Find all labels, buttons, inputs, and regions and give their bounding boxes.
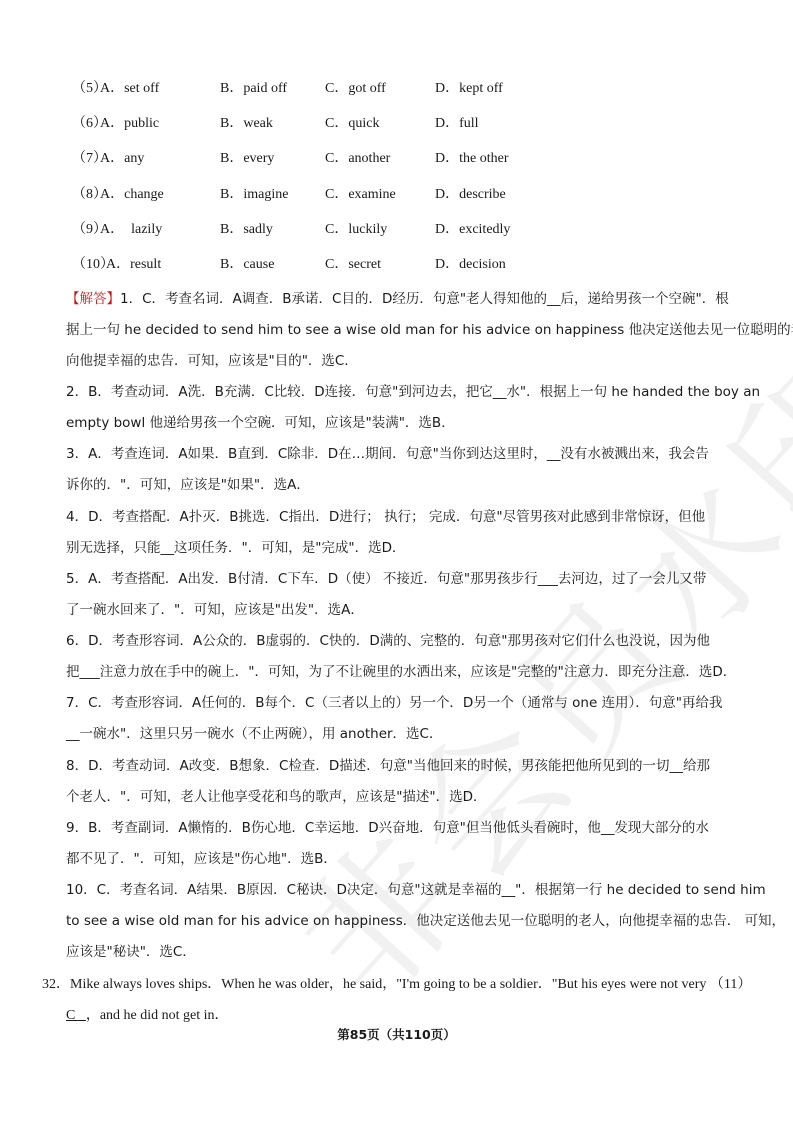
option-d: D．the other — [435, 149, 508, 169]
option-a: A．change — [100, 185, 164, 205]
answer-line: 别无选择，只能__这项任务．"．可知，是"完成"．选D． — [66, 538, 746, 558]
answer-line: 6．D．考查形容词．A公众的．B虚弱的．C快的．D满的、完整的．句意"那男孩对它… — [66, 631, 746, 651]
answer-line: 了一碗水回来了．"．可知，应该是"出发"．选A． — [66, 600, 746, 620]
answer-line: 8．D．考查动词．A改变．B想象．C检查．D描述．句意"当他回来的时候，男孩能把… — [66, 756, 746, 776]
option-a: A．set off — [100, 79, 159, 99]
option-b: B．imagine — [220, 185, 288, 205]
option-d: D．full — [435, 114, 479, 134]
answer-line: __一碗水"．这里只另一碗水（不止两碗），用 another．选C． — [66, 724, 746, 744]
option-b: B．every — [220, 149, 274, 169]
answer-line: 10．C．考查名词．A结果．B原因．C秘诀．D决定．句意"这就是幸福的__"．根… — [66, 880, 746, 900]
page-footer: 第85页（共110页） — [0, 1025, 793, 1043]
answer-line: 向他提幸福的忠告．可知，应该是"目的"．选C． — [66, 351, 746, 371]
option-a: A．result — [106, 255, 161, 275]
answer-label: 【解答】 — [66, 291, 120, 307]
answer-line: 都不见了．"．可知，应该是"伤心地"．选B． — [66, 849, 746, 869]
option-d: D．decision — [435, 255, 506, 275]
question-32-line-2: C ，and he did not get in． — [66, 1006, 746, 1026]
option-a: A． lazily — [100, 220, 162, 240]
option-b: B．cause — [220, 255, 274, 275]
option-b: B．paid off — [220, 79, 287, 99]
option-c: C．got off — [325, 79, 386, 99]
answer-line: 诉你的．"．可知，应该是"如果"．选A． — [66, 475, 746, 495]
answer-line: to see a wise old man for his advice on … — [66, 911, 746, 931]
answer-line: 7．C．考查形容词．A任何的．B每个．C（三者以上的）另一个．D另一个（通常与 … — [66, 693, 746, 713]
answer-blank: C — [66, 1008, 86, 1023]
answer-line: 应该是"秘诀"．选C． — [66, 942, 746, 962]
answer-line: 5．A．考查搭配．A出发．B付清．C下车．D（使） 不接近．句意"那男孩步行__… — [66, 569, 746, 589]
answer-line: 把___注意力放在手中的碗上．"．可知，为了不让碗里的水洒出来，应该是"完整的"… — [66, 662, 746, 682]
answer-line: empty bowl 他递给男孩一个空碗．可知，应该是"装满"．选B． — [66, 413, 746, 433]
answer-line: 个老人．"．可知，老人让他享受花和鸟的歌声，应该是"描述"．选D． — [66, 787, 746, 807]
question-32-line: 32．Mike always loves ships．When he was o… — [42, 975, 762, 995]
answer-line: 2．B．考查动词．A洗．B充满．C比较．D连接．句意"到河边去，把它__水"．根… — [66, 382, 746, 402]
answer-line: 4．D．考查搭配．A扑灭．B挑选．C指出．D进行； 执行； 完成．句意"尽管男孩… — [66, 507, 746, 527]
option-c: C．examine — [325, 185, 396, 205]
option-c: C．luckily — [325, 220, 387, 240]
answer-line: 3．A．考查连词．A如果．B直到．C除非．D在…期间．句意"当你到达这里时，__… — [66, 444, 746, 464]
option-c: C．quick — [325, 114, 379, 134]
option-d: D．describe — [435, 185, 506, 205]
option-c: C．another — [325, 149, 390, 169]
document-page: 非会员水印 （5） A．set off B．paid off C．got off… — [0, 0, 793, 1122]
answer-line: 【解答】1．C．考查名词．A调查．B承诺．C目的．D经历．句意"老人得知他的__… — [66, 289, 746, 309]
option-b: B．weak — [220, 114, 273, 134]
option-d: D．kept off — [435, 79, 503, 99]
option-b: B．sadly — [220, 220, 273, 240]
answer-line: 9．B．考查副词．A懒惰的．B伤心地．C幸运地．D兴奋地．句意"但当他低头看碗时… — [66, 818, 746, 838]
option-d: D．excitedly — [435, 220, 510, 240]
option-c: C．secret — [325, 255, 381, 275]
option-a: A．public — [100, 114, 159, 134]
answer-line: 据上一句 he decided to send him to see a wis… — [66, 320, 746, 340]
option-a: A．any — [100, 149, 144, 169]
